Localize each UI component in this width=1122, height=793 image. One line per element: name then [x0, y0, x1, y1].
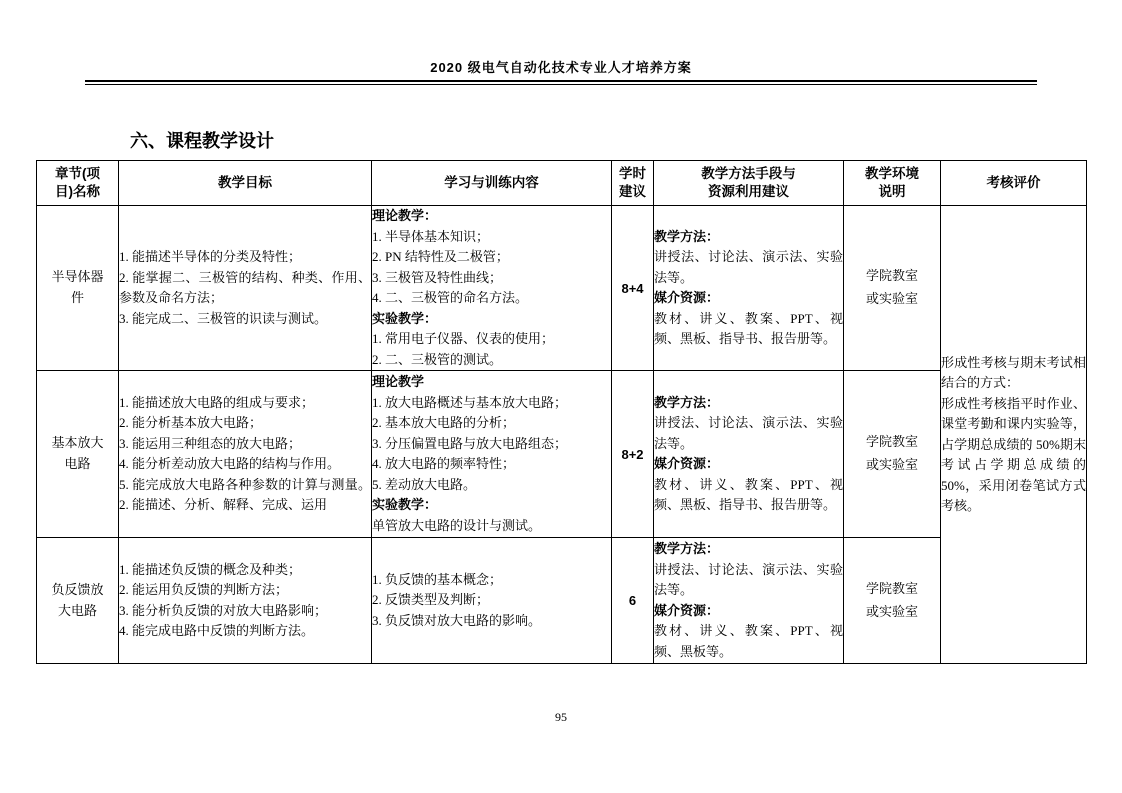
header-divider-rule	[85, 80, 1037, 85]
cell-text-line: 媒介资源：	[654, 288, 843, 309]
cell-text-line: 讲授法、讨论法、演示法、实验法等。	[654, 560, 843, 601]
cell-text-line: 3. 三极管及特性曲线；	[372, 268, 611, 289]
cell-text-line: 4. 二、三极管的命名方法。	[372, 288, 611, 309]
cell-text-line: 媒介资源：	[654, 454, 843, 475]
document-header-title: 2020 级电气自动化技术专业人才培养方案	[0, 57, 1122, 76]
chapter-cell: 基本放大 电路	[37, 371, 119, 538]
environment-cell: 学院教室 或实验室	[844, 206, 941, 371]
cell-text-line: 教材、讲义、教案、PPT、视频、黑板等。	[654, 621, 843, 662]
hours-cell: 8+2	[612, 371, 654, 538]
objectives-cell: 1. 能描述负反馈的概念及种类；2. 能运用负反馈的判断方法；3. 能分析负反馈…	[119, 538, 372, 664]
page-number: 95	[0, 710, 1122, 725]
methods-cell: 教学方法：讲授法、讨论法、演示法、实验法等。媒介资源：教材、讲义、教案、PPT、…	[654, 206, 844, 371]
environment-cell: 学院教室 或实验室	[844, 538, 941, 664]
cell-text-line: 媒介资源：	[654, 601, 843, 622]
cell-text-line: 2. 基本放大电路的分析；	[372, 413, 611, 434]
col-header-assessment: 考核评价	[941, 161, 1087, 206]
cell-text-line: 理论教学：	[372, 206, 611, 227]
table-row: 负反馈放 大电路 1. 能描述负反馈的概念及种类；2. 能运用负反馈的判断方法；…	[37, 538, 1087, 664]
cell-text-line: 实验教学：	[372, 309, 611, 330]
content-cell: 理论教学：1. 半导体基本知识；2. PN 结特性及二极管；3. 三极管及特性曲…	[372, 206, 612, 371]
cell-text-line: 教学方法：	[654, 539, 843, 560]
col-header-chapter: 章节(项 目)名称	[37, 161, 119, 206]
cell-text-line: 教材、讲义、教案、PPT、视频、黑板、指导书、报告册等。	[654, 475, 843, 516]
cell-text-line: 形成性考核与期末考试相结合的方式：	[941, 353, 1086, 394]
cell-text-line: 形成性考核指平时作业、课堂考勤和课内实验等，占学期总成绩的 50%期末考试占学期…	[941, 394, 1086, 517]
cell-text-line: 单管放大电路的设计与测试。	[372, 516, 611, 537]
cell-text-line: 1. 能描述半导体的分类及特性；	[119, 247, 371, 268]
cell-text-line: 1. 能描述负反馈的概念及种类；	[119, 560, 371, 581]
cell-text-line: 3. 能运用三种组态的放大电路；	[119, 434, 371, 455]
hours-cell: 8+4	[612, 206, 654, 371]
table-row: 半导体器 件 1. 能描述半导体的分类及特性；2. 能掌握二、三极管的结构、种类…	[37, 206, 1087, 371]
cell-text-line: 4. 放大电路的频率特性；	[372, 454, 611, 475]
content-cell: 1. 负反馈的基本概念；2. 反馈类型及判断；3. 负反馈对放大电路的影响。	[372, 538, 612, 664]
col-header-content: 学习与训练内容	[372, 161, 612, 206]
cell-text-line: 5. 差动放大电路。	[372, 475, 611, 496]
environment-cell: 学院教室 或实验室	[844, 371, 941, 538]
cell-text-line: 2. 能运用负反馈的判断方法；	[119, 580, 371, 601]
content-cell: 理论教学1. 放大电路概述与基本放大电路；2. 基本放大电路的分析；3. 分压偏…	[372, 371, 612, 538]
hours-cell: 6	[612, 538, 654, 664]
methods-cell: 教学方法：讲授法、讨论法、演示法、实验法等。媒介资源：教材、讲义、教案、PPT、…	[654, 538, 844, 664]
cell-text-line: 3. 分压偏置电路与放大电路组态；	[372, 434, 611, 455]
cell-text-line: 讲授法、讨论法、演示法、实验法等。	[654, 247, 843, 288]
chapter-cell: 负反馈放 大电路	[37, 538, 119, 664]
course-teaching-design-table: 章节(项 目)名称 教学目标 学习与训练内容 学时 建议 教学方法手段与 资源利…	[36, 160, 1087, 664]
cell-text-line: 3. 能分析负反馈的对放大电路影响；	[119, 601, 371, 622]
cell-text-line: 1. 放大电路概述与基本放大电路；	[372, 393, 611, 414]
cell-text-line: 2. 反馈类型及判断；	[372, 590, 611, 611]
cell-text-line: 4. 能完成电路中反馈的判断方法。	[119, 621, 371, 642]
cell-text-line: 实验教学：	[372, 495, 611, 516]
cell-text-line: 2. 能掌握二、三极管的结构、种类、作用、参数及命名方法；	[119, 268, 371, 309]
cell-text-line: 1. 常用电子仪器、仪表的使用；	[372, 329, 611, 350]
cell-text-line: 教学方法：	[654, 393, 843, 414]
cell-text-line: 2. 二、三极管的测试。	[372, 350, 611, 371]
table-header-row: 章节(项 目)名称 教学目标 学习与训练内容 学时 建议 教学方法手段与 资源利…	[37, 161, 1087, 206]
cell-text-line: 1. 半导体基本知识；	[372, 227, 611, 248]
col-header-hours: 学时 建议	[612, 161, 654, 206]
objectives-cell: 1. 能描述半导体的分类及特性；2. 能掌握二、三极管的结构、种类、作用、参数及…	[119, 206, 372, 371]
col-header-environment: 教学环境 说明	[844, 161, 941, 206]
cell-text-line: 1. 能描述放大电路的组成与要求；	[119, 393, 371, 414]
cell-text-line: 讲授法、讨论法、演示法、实验法等。	[654, 413, 843, 454]
section-title: 六、课程教学设计	[130, 127, 274, 153]
col-header-objectives: 教学目标	[119, 161, 372, 206]
cell-text-line: 3. 负反馈对放大电路的影响。	[372, 611, 611, 632]
col-header-methods: 教学方法手段与 资源利用建议	[654, 161, 844, 206]
cell-text-line: 3. 能完成二、三极管的识读与测试。	[119, 309, 371, 330]
objectives-cell: 1. 能描述放大电路的组成与要求；2. 能分析基本放大电路；3. 能运用三种组态…	[119, 371, 372, 538]
cell-text-line: 2. PN 结特性及二极管；	[372, 247, 611, 268]
cell-text-line: 教材、讲义、教案、PPT、视频、黑板、指导书、报告册等。	[654, 309, 843, 350]
cell-text-line: 5. 能完成放大电路各种参数的计算与测量。2. 能描述、分析、解释、完成、运用	[119, 475, 371, 516]
cell-text-line: 4. 能分析差动放大电路的结构与作用。	[119, 454, 371, 475]
methods-cell: 教学方法：讲授法、讨论法、演示法、实验法等。媒介资源：教材、讲义、教案、PPT、…	[654, 371, 844, 538]
chapter-cell: 半导体器 件	[37, 206, 119, 371]
table-row: 基本放大 电路 1. 能描述放大电路的组成与要求；2. 能分析基本放大电路；3.…	[37, 371, 1087, 538]
cell-text-line: 1. 负反馈的基本概念；	[372, 570, 611, 591]
cell-text-line: 2. 能分析基本放大电路；	[119, 413, 371, 434]
cell-text-line: 教学方法：	[654, 227, 843, 248]
assessment-cell: 形成性考核与期末考试相结合的方式：形成性考核指平时作业、课堂考勤和课内实验等，占…	[941, 206, 1087, 664]
cell-text-line: 理论教学	[372, 372, 611, 393]
